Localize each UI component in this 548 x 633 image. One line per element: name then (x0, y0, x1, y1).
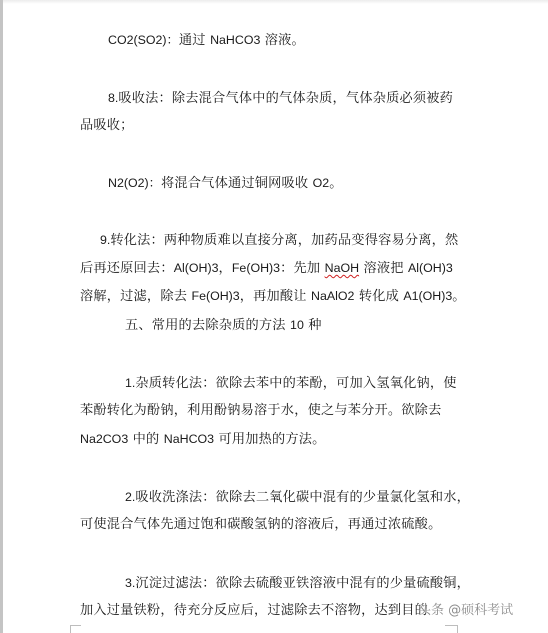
list-number: 1. (125, 376, 135, 390)
text-span: 沉淀过滤法：欲除去硫酸亚铁溶液中混有的少量硫酸铜， (135, 576, 470, 591)
formula-co2-so2: CO2(SO2)： (108, 33, 179, 47)
text-span: 将混合气体通过铜网吸收 (161, 176, 313, 191)
formula-na2co3: Na2CO3 (80, 432, 128, 446)
text-span: ，再加酸让 (240, 289, 311, 304)
text-span: 转化法：两种物质难以直接分离，加药品变得容易分离，然 (110, 233, 458, 248)
paragraph-8-continued: 品吸收； (80, 117, 134, 135)
list-number: 8. (108, 91, 118, 105)
formula-nahco3: NaHCO3 (210, 33, 260, 47)
formula-a1oh3: A1(OH)3 (403, 289, 452, 303)
text-span: 溶液把 (359, 261, 408, 276)
text-span: 通过 (179, 33, 210, 48)
section-heading-five: 五、常用的去除杂质的方法 10 种 (125, 316, 322, 335)
list-number: 2. (125, 490, 135, 504)
heading-text: 种 (304, 318, 322, 333)
paragraph-9-line3: 溶解，过滤，除去 Fe(OH)3，再加酸让 NaAlO2 转化成 A1(OH)3… (80, 287, 466, 306)
text-span: 苯酚转化为酚钠，利用酚钠易溶于水，使之与苯分开。欲除去 (80, 403, 441, 418)
text-span: 中的 (128, 432, 164, 447)
document-page[interactable]: CO2(SO2)：通过 NaHCO3 溶液。 8.吸收法：除去混合气体中的气体杂… (0, 0, 548, 633)
list-number: 3. (125, 576, 135, 590)
text-span: 吸收洗涤法：欲除去二氧化碳中混有的少量氯化氢和水， (135, 490, 470, 505)
text-span: 。 (452, 289, 465, 304)
text-span: 吸收法：除去混合气体中的气体杂质，气体杂质必须被药 (118, 91, 453, 106)
text-span: 可使混合气体先通过饱和碳酸氢钠的溶液后，再通过浓硫酸。 (80, 517, 441, 532)
text-span: 溶液。 (260, 33, 305, 48)
formula-feoh3: Fe(OH)3 (232, 261, 280, 275)
heading-text: 五、常用的去除杂质的方法 (125, 318, 290, 333)
list-number: 9. (100, 233, 110, 247)
paragraph-9-line2: 后再还原回去：Al(OH)3，Fe(OH)3：先加 NaOH 溶液把 Al(OH… (80, 259, 453, 278)
paragraph-2-absorption-wash: 2.吸收洗涤法：欲除去二氧化碳中混有的少量氯化氢和水， (125, 488, 470, 507)
formula-aloh3: Al(OH)3 (408, 261, 453, 275)
text-span: 可用加热的方法。 (214, 432, 326, 447)
text-span: 加入过量铁粉，待充分反应后，过滤除去不溶物，达到目的 (80, 603, 428, 618)
paragraph-3-line2: 加入过量铁粉，待充分反应后，过滤除去不溶物，达到目的 (80, 602, 428, 620)
text-span: ：先加 (280, 261, 325, 276)
formula-naoh-spellcheck[interactable]: NaOH (325, 261, 359, 275)
page-margin-corner-right (445, 625, 458, 633)
watermark: 头条 @硕科考试 (418, 602, 513, 620)
text-span: 后再还原回去： (80, 261, 174, 276)
text-span: 杂质转化法：欲除去苯中的苯酚，可加入氢氧化钠，使 (135, 376, 456, 391)
paragraph-co2-so2: CO2(SO2)：通过 NaHCO3 溶液。 (108, 31, 305, 50)
text-span: 溶解，过滤，除去 (80, 289, 192, 304)
paragraph-1-line3: Na2CO3 中的 NaHCO3 可用加热的方法。 (80, 430, 326, 449)
paragraph-1-line2: 苯酚转化为酚钠，利用酚钠易溶于水，使之与苯分开。欲除去 (80, 402, 441, 420)
paragraph-n2-o2: N2(O2)：将混合气体通过铜网吸收 O2。 (108, 174, 343, 193)
text-span: 。 (329, 176, 342, 191)
formula-n2-o2: N2(O2)： (108, 176, 161, 190)
text-span: ， (218, 261, 231, 276)
formula-nahco3: NaHCO3 (164, 432, 214, 446)
paragraph-8-absorption: 8.吸收法：除去混合气体中的气体杂质，气体杂质必须被药 (108, 89, 453, 108)
formula-aloh3: Al(OH)3 (174, 261, 219, 275)
formula-naalo2: NaAlO2 (311, 289, 354, 303)
formula-feoh3: Fe(OH)3 (192, 289, 240, 303)
text-span: 转化成 (354, 289, 403, 304)
paragraph-1-impurity-conversion: 1.杂质转化法：欲除去苯中的苯酚，可加入氢氧化钠，使 (125, 374, 457, 393)
heading-number: 10 (290, 318, 304, 332)
text-span: 品吸收； (80, 118, 134, 133)
formula-o2: O2 (313, 176, 330, 190)
paragraph-2-line2: 可使混合气体先通过饱和碳酸氢钠的溶液后，再通过浓硫酸。 (80, 516, 441, 534)
paragraph-3-precipitation: 3.沉淀过滤法：欲除去硫酸亚铁溶液中混有的少量硫酸铜， (125, 574, 470, 593)
paragraph-9-conversion: 9.转化法：两种物质难以直接分离，加药品变得容易分离，然 (100, 231, 458, 250)
page-margin-corner-left (70, 625, 81, 633)
